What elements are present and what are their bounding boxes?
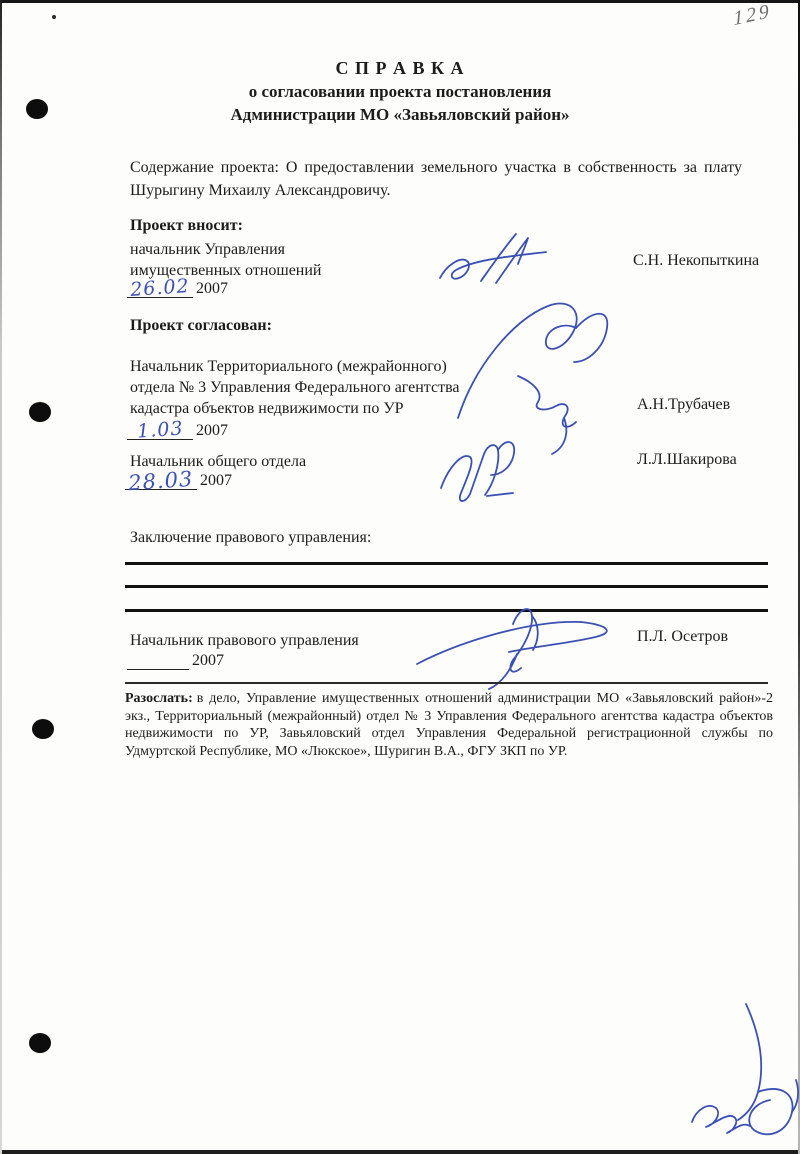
date-blank — [127, 646, 189, 670]
signer-name: С.Н. Некопыткина — [633, 252, 759, 270]
distribution-line: экз., Территориальный (межрайонный) отде… — [125, 708, 773, 726]
legal-heading: Заключение правового управления: — [130, 527, 371, 548]
document-title: С П Р А В К А — [0, 58, 800, 79]
approval-date-row: 28.03 2007 — [125, 466, 232, 490]
signer-name: А.Н.Трубачев — [637, 396, 730, 414]
signature-nekopytkina — [436, 226, 551, 291]
approval-date-row: 1.03 2007 — [127, 416, 228, 440]
hole-punch-mark — [32, 719, 54, 739]
approval-position: Начальник Территориального (межрайонного… — [130, 356, 470, 419]
signature-shakirova — [437, 436, 537, 511]
distribution-line: Разослать:в дело, Управление имущественн… — [125, 690, 773, 708]
year-label: 2007 — [189, 652, 224, 670]
distribution-text: в дело, Управление имущественных отношен… — [197, 691, 773, 706]
ruled-line — [125, 562, 768, 565]
agreed-heading: Проект согласован: — [130, 317, 272, 335]
signer-name: П.Л. Осетров — [637, 628, 728, 646]
project-summary: Содержание проекта: О предоставлении зем… — [130, 156, 742, 202]
title-block: С П Р А В К А о согласовании проекта пос… — [0, 58, 800, 125]
submits-heading: Проект вносит: — [130, 217, 243, 235]
year-label: 2007 — [193, 422, 228, 440]
signature-trubachev — [452, 298, 627, 458]
hole-punch-mark — [29, 1033, 51, 1053]
scan-edge-top — [0, 0, 800, 3]
scan-speck — [52, 15, 56, 19]
distribution-note: Разослать:в дело, Управление имущественн… — [125, 690, 773, 760]
handwritten-date: 28.03 — [128, 467, 195, 495]
title-subtitle-2: Администрации МО «Завьяловский район» — [0, 105, 800, 125]
page-number-handwritten: 129 — [733, 0, 773, 31]
signature-corner-flourish — [686, 1000, 800, 1154]
year-label: 2007 — [197, 472, 232, 490]
signer-name: Л.Л.Шакирова — [637, 451, 737, 469]
distribution-label: Разослать: — [125, 691, 193, 706]
date-blank: 26.02 — [127, 274, 193, 298]
handwritten-date: 1.03 — [136, 417, 184, 442]
hole-punch-mark — [29, 402, 51, 422]
scan-edge-bottom — [0, 1150, 800, 1154]
submits-date-row: 26.02 2007 — [127, 274, 228, 298]
signature-osetrov — [413, 592, 633, 692]
date-blank: 28.03 — [125, 466, 197, 490]
legal-date-row: 2007 — [127, 646, 224, 670]
date-blank: 1.03 — [127, 416, 193, 440]
scan-edge-left — [0, 0, 2, 1154]
distribution-line: Удмуртской Республике, МО «Люкское», Шур… — [125, 743, 773, 761]
title-subtitle-1: о согласовании проекта постановления — [0, 82, 800, 102]
distribution-line: недвижимости по УР, Завьяловский отдел У… — [125, 725, 773, 743]
separator-line — [125, 682, 768, 684]
year-label: 2007 — [193, 280, 228, 298]
handwritten-date: 26.02 — [130, 275, 191, 301]
ruled-line — [125, 585, 768, 588]
document-page: 129 С П Р А В К А о согласовании проекта… — [0, 0, 800, 1154]
